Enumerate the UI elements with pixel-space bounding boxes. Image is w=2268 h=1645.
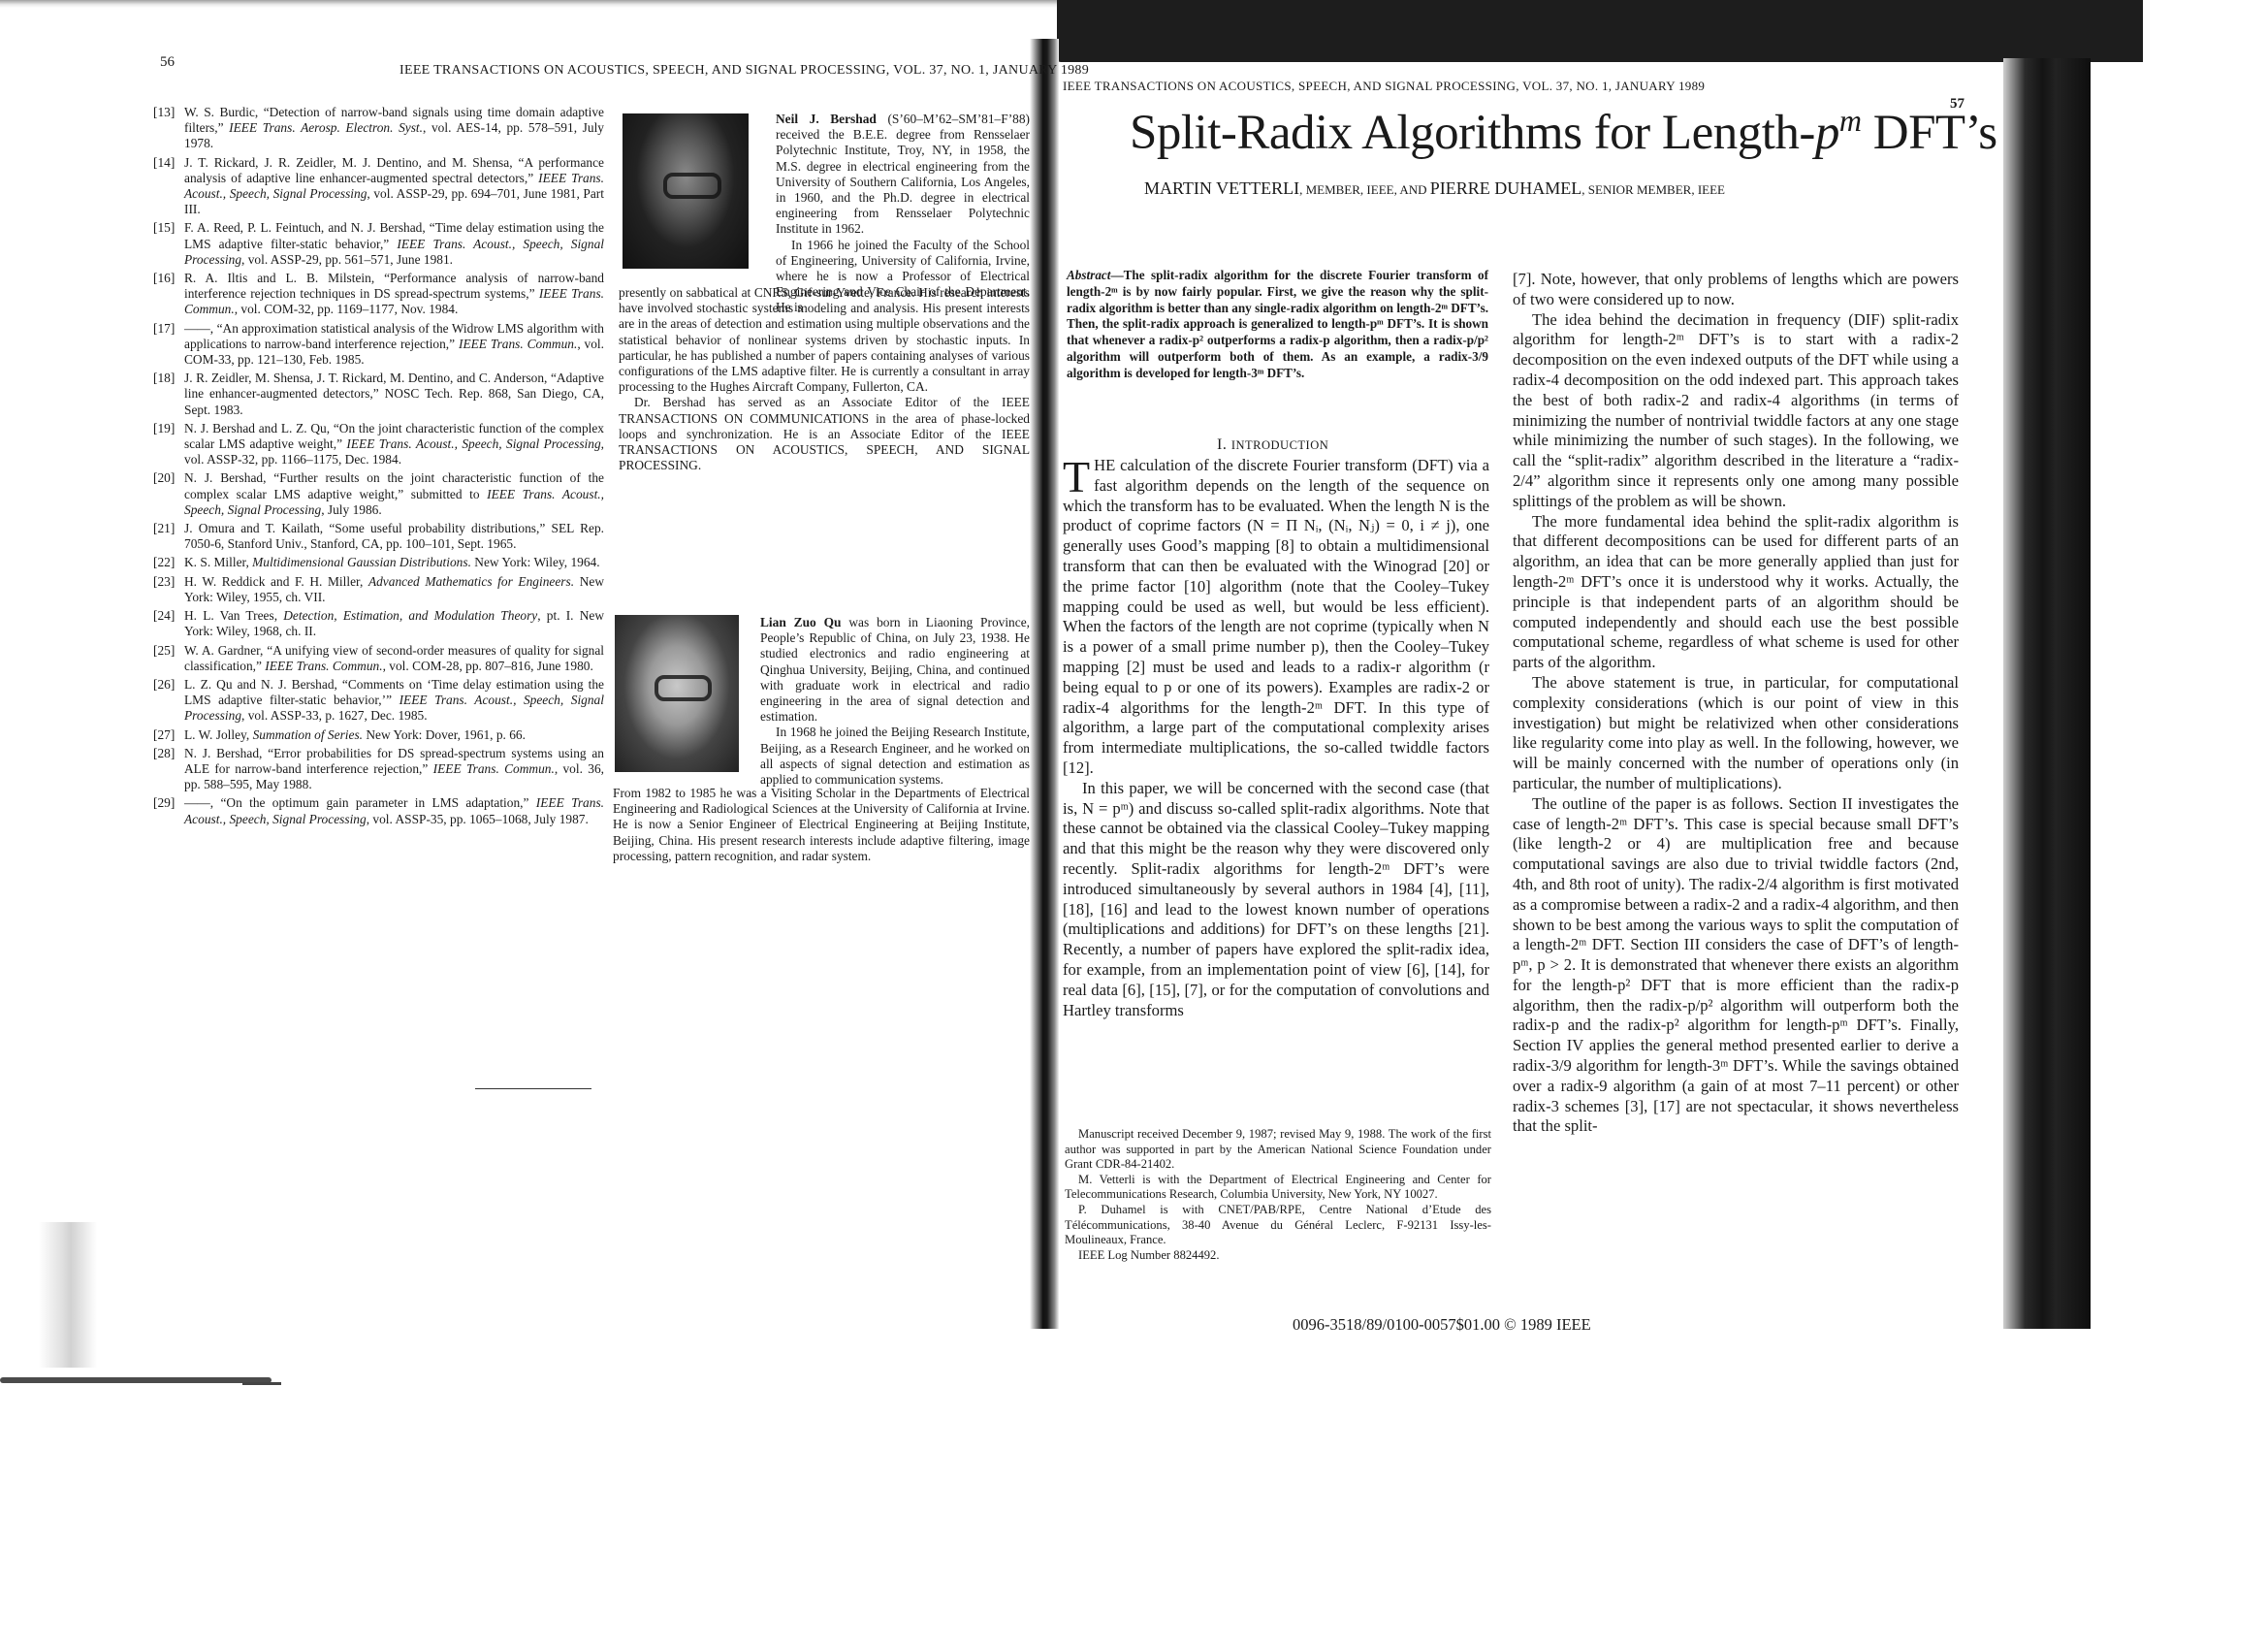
section-heading-introduction: I. INTRODUCTION — [1217, 436, 1328, 454]
reference-number: [16] — [153, 271, 175, 286]
bio-qu-top: Lian Zuo Qu was born in Liaoning Provinc… — [760, 615, 1030, 788]
reference-number: [25] — [153, 643, 175, 659]
scan-dark-border-right — [2003, 58, 2091, 1329]
reference-number: [27] — [153, 727, 175, 743]
reference-number: [13] — [153, 105, 175, 120]
reference-item: [29]——, “On the optimum gain parameter i… — [153, 795, 604, 826]
reference-item: [21]J. Omura and T. Kailath, “Some usefu… — [153, 521, 604, 552]
scan-dark-border-top — [1057, 0, 2143, 62]
reference-list: [13]W. S. Burdic, “Detection of narrow-b… — [153, 105, 604, 830]
reference-item: [14]J. T. Rickard, J. R. Zeidler, M. J. … — [153, 155, 604, 218]
reference-item: [24]H. L. Van Trees, Detection, Estimati… — [153, 608, 604, 639]
paper-title: Split-Radix Algorithms for Length-pm DFT… — [1130, 105, 1997, 161]
book-binding-gutter — [1030, 39, 1059, 1329]
abstract: Abstract—The split-radix algorithm for t… — [1067, 268, 1488, 382]
bio-name: Neil J. Bershad — [776, 112, 877, 126]
reference-item: [28]N. J. Bershad, “Error probabilities … — [153, 746, 604, 793]
reference-item: [13]W. S. Burdic, “Detection of narrow-b… — [153, 105, 604, 152]
divider-rule — [475, 1088, 591, 1089]
running-head-right: IEEE TRANSACTIONS ON ACOUSTICS, SPEECH, … — [1063, 79, 1705, 94]
scan-shadow-top — [0, 0, 1067, 8]
reference-number: [19] — [153, 421, 175, 436]
reference-item: [25]W. A. Gardner, “A unifying view of s… — [153, 643, 604, 674]
reference-number: [15] — [153, 220, 175, 236]
footnotes: Manuscript received December 9, 1987; re… — [1065, 1127, 1491, 1263]
author-photo-bershad — [623, 113, 749, 269]
author-duhamel: PIERRE DUHAMEL — [1430, 178, 1582, 198]
reference-item: [23]H. W. Reddick and F. H. Miller, Adva… — [153, 574, 604, 605]
scan-edge-mark — [0, 1377, 272, 1383]
reference-number: [20] — [153, 470, 175, 486]
reference-number: [28] — [153, 746, 175, 761]
page-number-left: 56 — [160, 54, 175, 71]
reference-item: [16]R. A. Iltis and L. B. Milstein, “Per… — [153, 271, 604, 318]
reference-item: [26]L. Z. Qu and N. J. Bershad, “Comment… — [153, 677, 604, 725]
author-line: MARTIN VETTERLI, MEMBER, IEEE, AND PIERR… — [1144, 178, 1725, 199]
intro-column-left: THE calculation of the discrete Fourier … — [1063, 456, 1489, 1020]
reference-number: [14] — [153, 155, 175, 171]
drop-cap: T — [1063, 459, 1090, 496]
reference-item: [27]L. W. Jolley, Summation of Series. N… — [153, 727, 604, 743]
reference-number: [17] — [153, 321, 175, 337]
author-photo-qu — [615, 615, 739, 772]
reference-number: [21] — [153, 521, 175, 536]
running-head-left: IEEE TRANSACTIONS ON ACOUSTICS, SPEECH, … — [399, 63, 1089, 79]
intro-column-right: [7]. Note, however, that only problems o… — [1513, 270, 1959, 1137]
bio-qu-bottom: From 1982 to 1985 he was a Visiting Scho… — [613, 786, 1030, 864]
reference-number: [23] — [153, 574, 175, 590]
scan-edge-mark — [242, 1382, 281, 1385]
reference-number: [29] — [153, 795, 175, 811]
reference-item: [19]N. J. Bershad and L. Z. Qu, “On the … — [153, 421, 604, 468]
reference-number: [26] — [153, 677, 175, 693]
scan-smudge — [39, 1222, 97, 1368]
reference-number: [22] — [153, 555, 175, 570]
author-vetterli: MARTIN VETTERLI — [1144, 178, 1299, 198]
reference-item: [20]N. J. Bershad, “Further results on t… — [153, 470, 604, 518]
reference-number: [18] — [153, 371, 175, 386]
reference-item: [15]F. A. Reed, P. L. Feintuch, and N. J… — [153, 220, 604, 268]
bio-bershad-bottom: presently on sabbatical at CNRS, Gif-sur… — [619, 285, 1030, 473]
reference-item: [22]K. S. Miller, Multidimensional Gauss… — [153, 555, 604, 570]
reference-number: [24] — [153, 608, 175, 624]
bio-name: Lian Zuo Qu — [760, 615, 842, 629]
abstract-label: Abstract — [1067, 268, 1110, 282]
copyright-line: 0096-3518/89/0100-0057$01.00 © 1989 IEEE — [1293, 1315, 1591, 1335]
reference-item: [18]J. R. Zeidler, M. Shensa, J. T. Rick… — [153, 371, 604, 418]
reference-item: [17]——, “An approximation statistical an… — [153, 321, 604, 369]
